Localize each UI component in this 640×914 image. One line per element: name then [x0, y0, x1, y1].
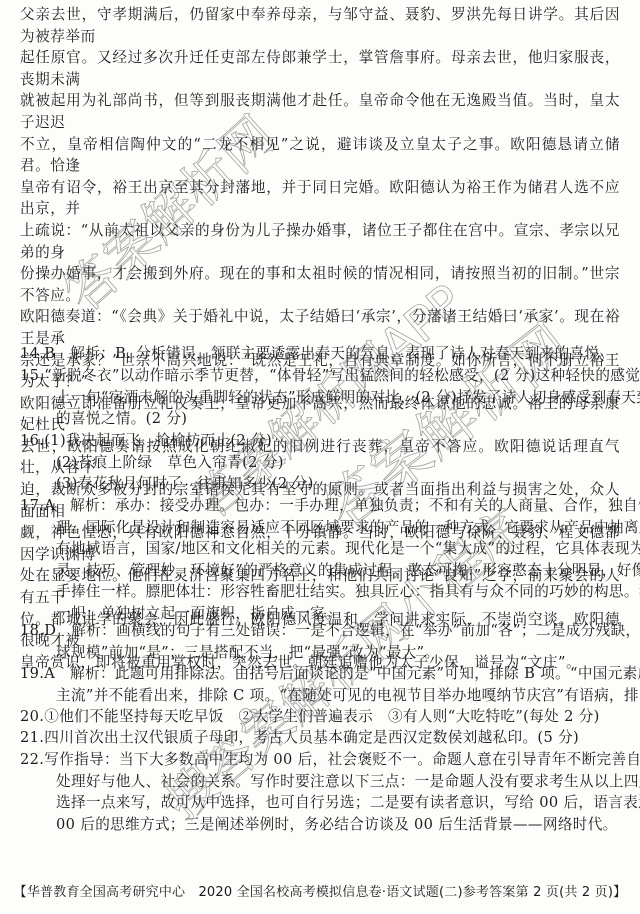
answer-text: A 解析：此题可用排除法。由括号后面谈论的是“中国元素”可知，排除 B 项。“中… [44, 665, 640, 682]
answer-text: 处理好与他人、社会的关系。写作时要注意以下三点：一是命题人没有要求考生从以上四点… [20, 771, 620, 793]
answer-text: 写作指导：当下大多数高中生均为 00 后，社会褒贬不一。命题人意在引导青年不断完… [44, 751, 640, 768]
answer-number: 20. [20, 708, 44, 725]
passage-line: 起任原官。又经过多次升迁任吏部左侍郎兼学士，掌管詹事府。母亲去世，他归家服丧，丧… [20, 47, 620, 90]
answer-21: 21.四川首次出土汉代银质子母印，考古人员基本确定是西汉定数侯刘越私印。(5 分… [20, 727, 620, 749]
answer-number: 17. [20, 497, 44, 514]
answer-text: 的喜悦之情。(2 分) [20, 408, 620, 430]
answer-text: (3)春花秋月何时了 往事知多少(2 分) [20, 473, 620, 495]
answer-number: 18. [20, 622, 44, 639]
answer-22: 22.写作指导：当下大多数高中生均为 00 后，社会褒贬不一。命题人意在引导青年… [20, 749, 620, 835]
answer-number: 15. [20, 367, 44, 384]
answer-number: 14. [20, 345, 44, 362]
answer-text: 主流”并不能看出来，排除 C 项。“在随处可见的电视节目举办地嘎纳节庆宫”有语病… [20, 685, 620, 707]
answer-19: 19.A 解析：此题可用排除法。由括号后面谈论的是“中国元素”可知，排除 B 项… [20, 663, 620, 706]
answer-number: 16. [20, 432, 44, 449]
answer-text: ①他们不能坚持每天吃早饭 ②大学生们普遍表示 ③有人则“大吃特吃”(每处 2 分… [44, 708, 599, 725]
answer-number: 21. [20, 729, 44, 746]
page-footer: 【华普教育全国高考研究中心 2020 全国名校高考模拟信息卷·语文试题(二)参考… [0, 881, 640, 900]
answer-18: 18.D 解析：画横线的句子有三处错误：一是不合逻辑，在“举办”前加“各”；二是… [20, 620, 620, 663]
answer-17: 17.A 解析：承办：接受办理。包办：一手办理，单独负责；不和有关的人商量、合作… [20, 495, 620, 625]
answer-text: “新脱冬衣”以动作暗示季节更替，“体骨轻”写出猛然间的轻松感受，(2 分)这种轻… [44, 367, 640, 384]
answer-text: (2)苔痕上阶绿 草色入帘青(2 分) [20, 452, 620, 474]
answer-text: 上一句“宿酒未解的头重脚轻的状态”形成鲜明的对比，(2 分)抒发了诗人切身感受到… [20, 387, 620, 409]
answer-text: 四川首次出土汉代银质子母印，考古人员基本确定是西汉定数侯刘越私印。(5 分) [44, 729, 579, 746]
passage-line: 上疏说：“从前太祖以父亲的身份为儿子操办婚事，诸位王子都住在宫中。宣宗、孝宗以兄… [20, 220, 620, 263]
answer-14: 14.B 解析：B. 分析错误，颔联主要透露出春天的气息，表现了诗人对春天到来的… [20, 343, 620, 365]
document-page: 父亲去世，守孝期满后，仍留家中奉养母亲，与邹守益、聂豹、罗洪先每日讲学。其后因为… [0, 0, 640, 914]
answer-text: 灵、技巧、管理妙、环境好”的严格意义的集成过程。憨态可掬：形容憨态十分明显，好像… [20, 560, 620, 582]
answer-16: 16.(1)我决起而飞 抢榆枋而止(2 分) (2)苔痕上阶绿 草色入帘青(2 … [20, 430, 620, 495]
answer-20: 20.①他们不能坚持每天吃早饭 ②大学生们普遍表示 ③有人则“大吃特吃”(每处 … [20, 706, 620, 728]
passage-line: 不立，皇帝相信陶仲文的“二龙不相见”之说，避讳谈及立皇太子之事。欧阳德恳请立储君… [20, 134, 620, 177]
answer-text: 选择一点来写，故可从中选择，也可自行另选；二是要有读者意识，写给 00 后，语言… [20, 792, 620, 814]
answer-text: 00 后的思维方式；三是阐述举例时，务必结合访谈及 00 后生活背景——网络时代… [20, 814, 620, 836]
passage-line: 份操办婚事，才会搬到外府。现在的事和太祖时候的情况相同，请按照当初的旧制。”世宗… [20, 263, 620, 306]
passage-line: 就被起用为礼部尚书，但等到服丧期满他才赴任。皇帝命令他在无逸殿当值。当时，皇太子… [20, 90, 620, 133]
answer-text: A 解析：承办：接受办理。包办：一手办理，单独负责；不和有关的人商量、合作，独自… [44, 497, 640, 514]
passage-line: 皇帝有诏令，裕王出京至其分封藩地，并于同日完婚。欧阳德认为裕王作为储君人选不应出… [20, 177, 620, 220]
answer-text: 理。国际化是设计和制造容易适应不同区域要求的产品的一种方式，它要求从产品中抽离所 [20, 517, 620, 539]
answer-text: 手捧住一样。膘肥体壮：形容牲畜肥壮结实。独具匠心：指具有与众不同的巧妙的构思。独… [20, 581, 620, 603]
answer-15: 15.“新脱冬衣”以动作暗示季节更替，“体骨轻”写出猛然间的轻松感受，(2 分)… [20, 365, 620, 430]
answer-number: 22. [20, 751, 44, 768]
answer-text: D 解析：画横线的句子有三处错误：一是不合逻辑，在“举办”前加“各”；二是成分残… [44, 622, 640, 639]
answer-text: B 解析：B. 分析错误，颔联主要透露出春天的气息，表现了诗人对春天到来的喜悦。 [44, 345, 614, 362]
answer-text: (1)我决起而飞 抢榆枋而止(2 分) [44, 432, 272, 449]
answer-text: 球规模”前加“是”；三是搭配不当，把“最强”改为“最大”。 [20, 642, 620, 664]
passage-line: 父亲去世，守孝期满后，仍留家中奉养母亲，与邹守益、聂豹、罗洪先每日讲学。其后因为… [20, 4, 620, 47]
answer-number: 19. [20, 665, 44, 682]
answer-text: 有地域语言，国家/地区和文化相关的元素。现代化是一个“集大成”的过程，它具体表现… [20, 538, 620, 560]
